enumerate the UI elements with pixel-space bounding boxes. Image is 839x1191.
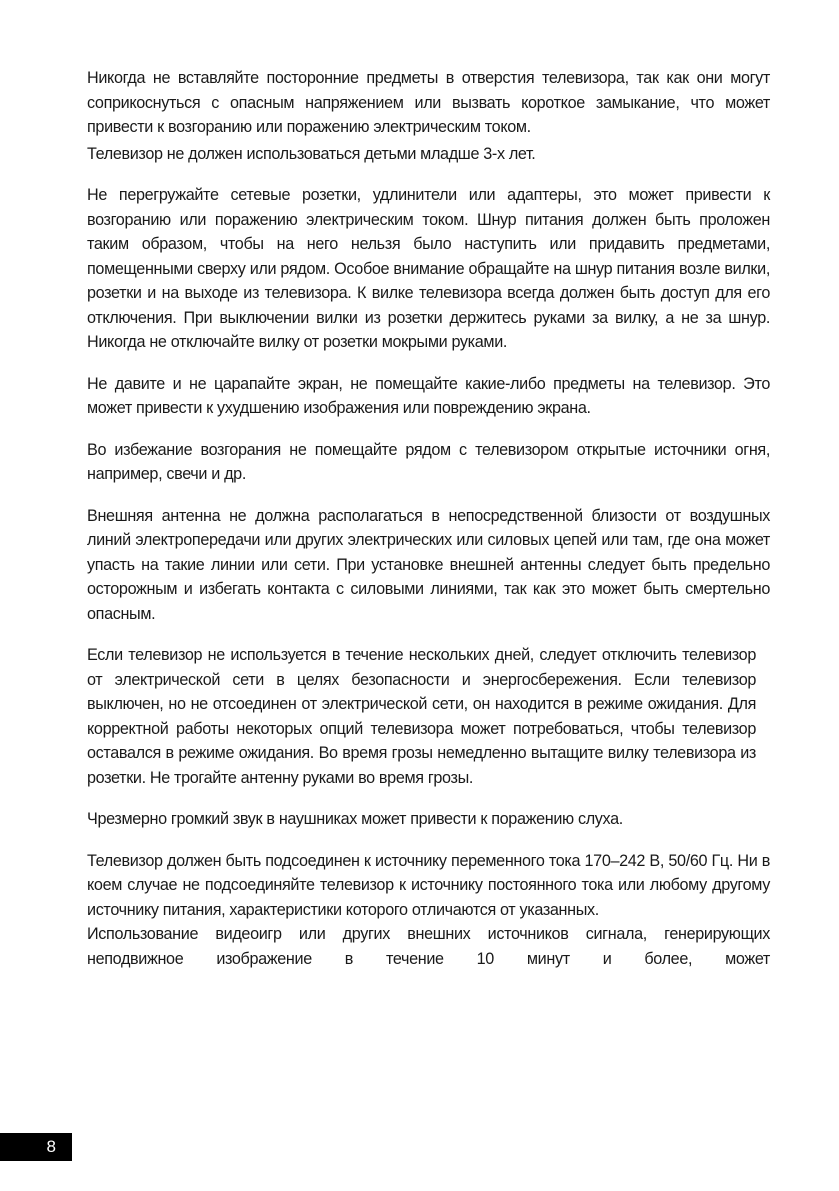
paragraph-external-antenna-warning: Внешняя антенна не должна располагаться … <box>87 504 770 627</box>
page-number-badge: 8 <box>0 1133 72 1161</box>
paragraph-foreign-objects-warning: Никогда не вставляйте посторонние предме… <box>87 66 770 140</box>
paragraph-screen-pressure-warning: Не давите и не царапайте экран, не помещ… <box>87 372 770 421</box>
document-body: Никогда не вставляйте посторонние предме… <box>87 66 770 971</box>
paragraph-power-outlet-warning: Не перегружайте сетевые розетки, удлинит… <box>87 183 770 355</box>
paragraph-headphone-volume-warning: Чрезмерно громкий звук в наушниках может… <box>87 807 770 832</box>
paragraph-open-fire-warning: Во избежание возгорания не помещайте ряд… <box>87 438 770 487</box>
paragraph-children-age-warning: Телевизор не должен использоваться детьм… <box>87 142 770 167</box>
paragraph-standby-disconnect-warning: Если телевизор не используется в течение… <box>87 643 756 790</box>
paragraph-static-image-warning: Использование видеоигр или других внешни… <box>87 922 770 971</box>
page-number: 8 <box>47 1137 56 1157</box>
paragraph-power-supply-requirements: Телевизор должен быть подсоединен к исто… <box>87 849 770 923</box>
